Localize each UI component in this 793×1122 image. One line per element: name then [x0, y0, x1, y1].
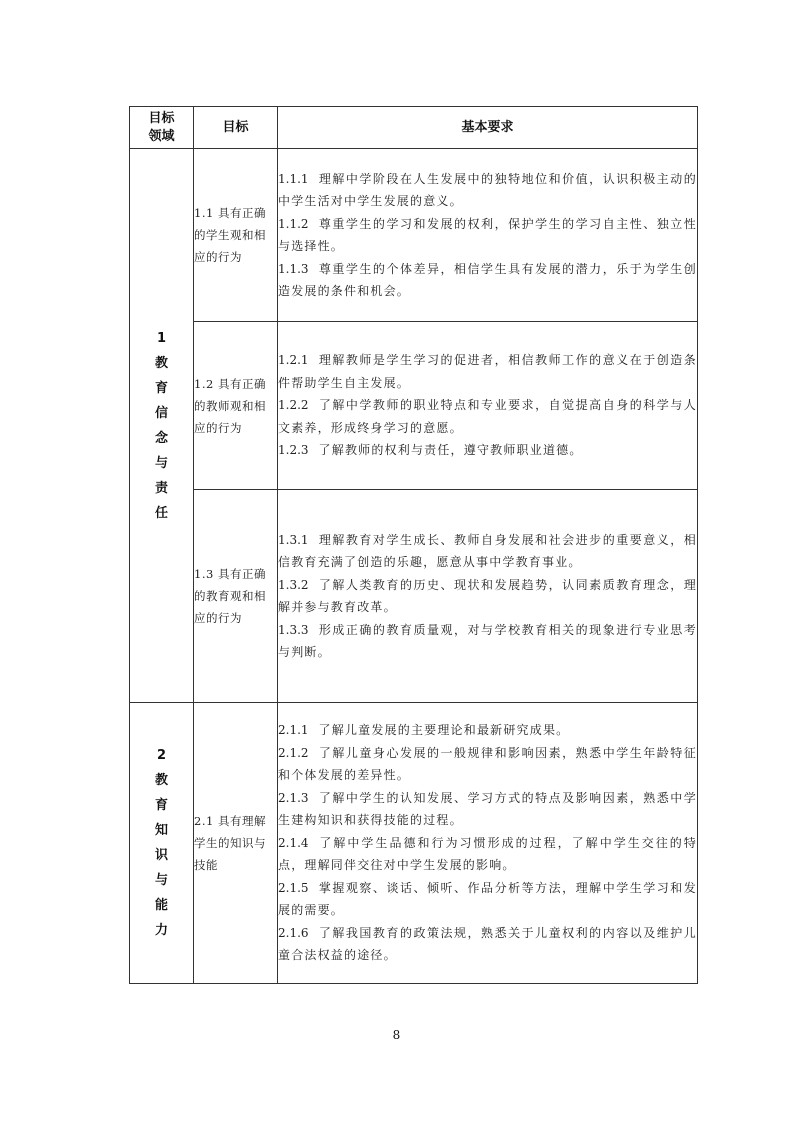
requirement-text: 形成正确的教育质量观，对与学校教育相关的现象进行专业思考与判断。 — [278, 623, 697, 660]
table-row: 2 教 育 知 识 与 能 力 2.1 具有理解学生的知识与技能 2.1.1了解… — [130, 703, 698, 984]
domain-char: 育 — [155, 793, 168, 818]
goal-cell: 1.3 具有正确的教育观和相应的行为 — [194, 490, 278, 703]
domain-char: 信 — [155, 401, 168, 426]
requirement-text: 了解中学教师的职业特点和专业要求，自觉提高自身的科学与人文素养，形成终身学习的意… — [278, 398, 697, 435]
requirement-number: 1.3.1 — [278, 533, 309, 547]
requirements-cell: 2.1.1了解儿童发展的主要理论和最新研究成果。 2.1.2了解儿童身心发展的一… — [278, 703, 698, 984]
requirement-item: 2.1.6了解我国教育的政策法规，熟悉关于儿童权利的内容以及维护儿童合法权益的途… — [278, 922, 697, 967]
requirement-number: 2.1.4 — [278, 836, 309, 850]
domain-vertical-label: 1 教 育 信 念 与 责 任 — [155, 326, 168, 526]
domain-char: 知 — [155, 818, 168, 843]
requirement-text: 了解我国教育的政策法规，熟悉关于儿童权利的内容以及维护儿童合法权益的途径。 — [278, 926, 697, 963]
header-goal-domain-line2: 领域 — [130, 128, 193, 146]
domain-cell-1: 1 教 育 信 念 与 责 任 — [130, 149, 194, 703]
requirements-cell: 1.3.1理解教育对学生成长、教师自身发展和社会进步的重要意义，相信教育充满了创… — [278, 490, 698, 703]
requirement-number: 2.1.2 — [278, 746, 309, 760]
domain-char: 责 — [155, 476, 168, 501]
page-number: 8 — [0, 1028, 793, 1042]
requirement-item: 2.1.5掌握观察、谈话、倾听、作品分析等方法，理解中学生学习和发展的需要。 — [278, 877, 697, 922]
requirement-number: 2.1.1 — [278, 723, 309, 737]
requirement-number: 1.2.1 — [278, 353, 309, 367]
goal-cell: 1.2 具有正确的教师观和相应的行为 — [194, 322, 278, 490]
requirement-item: 1.2.2了解中学教师的职业特点和专业要求，自觉提高自身的科学与人文素养，形成终… — [278, 394, 697, 439]
goal-cell: 1.1 具有正确的学生观和相应的行为 — [194, 149, 278, 322]
domain-char: 育 — [155, 376, 168, 401]
requirement-item: 2.1.1了解儿童发展的主要理论和最新研究成果。 — [278, 719, 697, 742]
requirement-text: 理解教育对学生成长、教师自身发展和社会进步的重要意义，相信教育充满了创造的乐趣，… — [278, 533, 697, 570]
requirement-text: 了解中学生的认知发展、学习方式的特点及影响因素，熟悉中学生建构知识和获得技能的过… — [278, 791, 697, 828]
requirement-number: 1.3.3 — [278, 623, 309, 637]
requirement-item: 2.1.2了解儿童身心发展的一般规律和影响因素，熟悉中学生年龄特征和个体发展的差… — [278, 742, 697, 787]
requirement-item: 1.1.1理解中学阶段在人生发展中的独特地位和价值，认识积极主动的中学生活对中学… — [278, 168, 697, 213]
table-row: 1 教 育 信 念 与 责 任 1.1 具有正确的学生观和相应的行为 1.1.1… — [130, 149, 698, 322]
domain-char: 与 — [155, 868, 168, 893]
requirement-number: 2.1.3 — [278, 791, 309, 805]
header-basic-requirements: 基本要求 — [278, 107, 698, 149]
requirement-text: 了解儿童发展的主要理论和最新研究成果。 — [319, 723, 570, 737]
domain-number: 1 — [157, 326, 166, 351]
goal-cell: 2.1 具有理解学生的知识与技能 — [194, 703, 278, 984]
requirement-number: 1.2.3 — [278, 443, 309, 457]
requirement-number: 1.1.2 — [278, 217, 309, 231]
requirement-number: 1.1.3 — [278, 262, 309, 276]
requirement-number: 2.1.6 — [278, 926, 309, 940]
table-header-row: 目标 领域 目标 基本要求 — [130, 107, 698, 149]
requirement-text: 了解教师的权利与责任，遵守教师职业道德。 — [319, 443, 583, 457]
requirement-item: 1.3.3形成正确的教育质量观，对与学校教育相关的现象进行专业思考与判断。 — [278, 619, 697, 664]
header-goal-domain-line1: 目标 — [130, 110, 193, 128]
requirement-text: 理解中学阶段在人生发展中的独特地位和价值，认识积极主动的中学生活对中学生发展的意… — [278, 172, 697, 209]
domain-char: 能 — [155, 893, 168, 918]
requirements-cell: 1.1.1理解中学阶段在人生发展中的独特地位和价值，认识积极主动的中学生活对中学… — [278, 149, 698, 322]
domain-char: 与 — [155, 451, 168, 476]
standards-table: 目标 领域 目标 基本要求 1 教 育 信 念 与 责 — [129, 106, 698, 984]
requirement-item: 2.1.3了解中学生的认知发展、学习方式的特点及影响因素，熟悉中学生建构知识和获… — [278, 787, 697, 832]
domain-char: 教 — [155, 351, 168, 376]
table-row: 1.3 具有正确的教育观和相应的行为 1.3.1理解教育对学生成长、教师自身发展… — [130, 490, 698, 703]
requirement-number: 1.3.2 — [278, 578, 309, 592]
requirement-text: 了解中学生品德和行为习惯形成的过程，了解中学生交往的特点，理解同伴交往对中学生发… — [278, 836, 697, 873]
requirement-number: 1.2.2 — [278, 398, 309, 412]
domain-cell-2: 2 教 育 知 识 与 能 力 — [130, 703, 194, 984]
requirement-text: 了解儿童身心发展的一般规律和影响因素，熟悉中学生年龄特征和个体发展的差异性。 — [278, 746, 697, 783]
domain-number: 2 — [157, 743, 166, 768]
requirement-text: 尊重学生的学习和发展的权利，保护学生的学习自主性、独立性与选择性。 — [278, 217, 697, 254]
domain-char: 识 — [155, 843, 168, 868]
requirement-text: 尊重学生的个体差异，相信学生具有发展的潜力，乐于为学生创造发展的条件和机会。 — [278, 262, 697, 299]
table-row: 1.2 具有正确的教师观和相应的行为 1.2.1理解教师是学生学习的促进者，相信… — [130, 322, 698, 490]
requirement-item: 1.1.2尊重学生的学习和发展的权利，保护学生的学习自主性、独立性与选择性。 — [278, 213, 697, 258]
requirements-cell: 1.2.1理解教师是学生学习的促进者，相信教师工作的意义在于创造条件帮助学生自主… — [278, 322, 698, 490]
domain-char: 教 — [155, 768, 168, 793]
domain-vertical-label: 2 教 育 知 识 与 能 力 — [155, 743, 168, 943]
domain-char: 念 — [155, 426, 168, 451]
document-page: 目标 领域 目标 基本要求 1 教 育 信 念 与 责 — [0, 0, 793, 1122]
requirement-item: 1.3.2了解人类教育的历史、现状和发展趋势，认同素质教育理念，理解并参与教育改… — [278, 574, 697, 619]
requirement-text: 理解教师是学生学习的促进者，相信教师工作的意义在于创造条件帮助学生自主发展。 — [278, 353, 697, 390]
header-goal: 目标 — [194, 107, 278, 149]
requirement-number: 2.1.5 — [278, 881, 309, 895]
requirement-item: 1.2.1理解教师是学生学习的促进者，相信教师工作的意义在于创造条件帮助学生自主… — [278, 349, 697, 394]
requirement-item: 1.2.3了解教师的权利与责任，遵守教师职业道德。 — [278, 439, 697, 462]
header-goal-domain: 目标 领域 — [130, 107, 194, 149]
requirement-item: 1.3.1理解教育对学生成长、教师自身发展和社会进步的重要意义，相信教育充满了创… — [278, 529, 697, 574]
domain-char: 力 — [155, 918, 168, 943]
domain-char: 任 — [155, 501, 168, 526]
requirement-number: 1.1.1 — [278, 172, 309, 186]
requirement-item: 2.1.4了解中学生品德和行为习惯形成的过程，了解中学生交往的特点，理解同伴交往… — [278, 832, 697, 877]
requirement-text: 掌握观察、谈话、倾听、作品分析等方法，理解中学生学习和发展的需要。 — [278, 881, 697, 918]
requirement-text: 了解人类教育的历史、现状和发展趋势，认同素质教育理念，理解并参与教育改革。 — [278, 578, 697, 615]
requirement-item: 1.1.3尊重学生的个体差异，相信学生具有发展的潜力，乐于为学生创造发展的条件和… — [278, 258, 697, 303]
